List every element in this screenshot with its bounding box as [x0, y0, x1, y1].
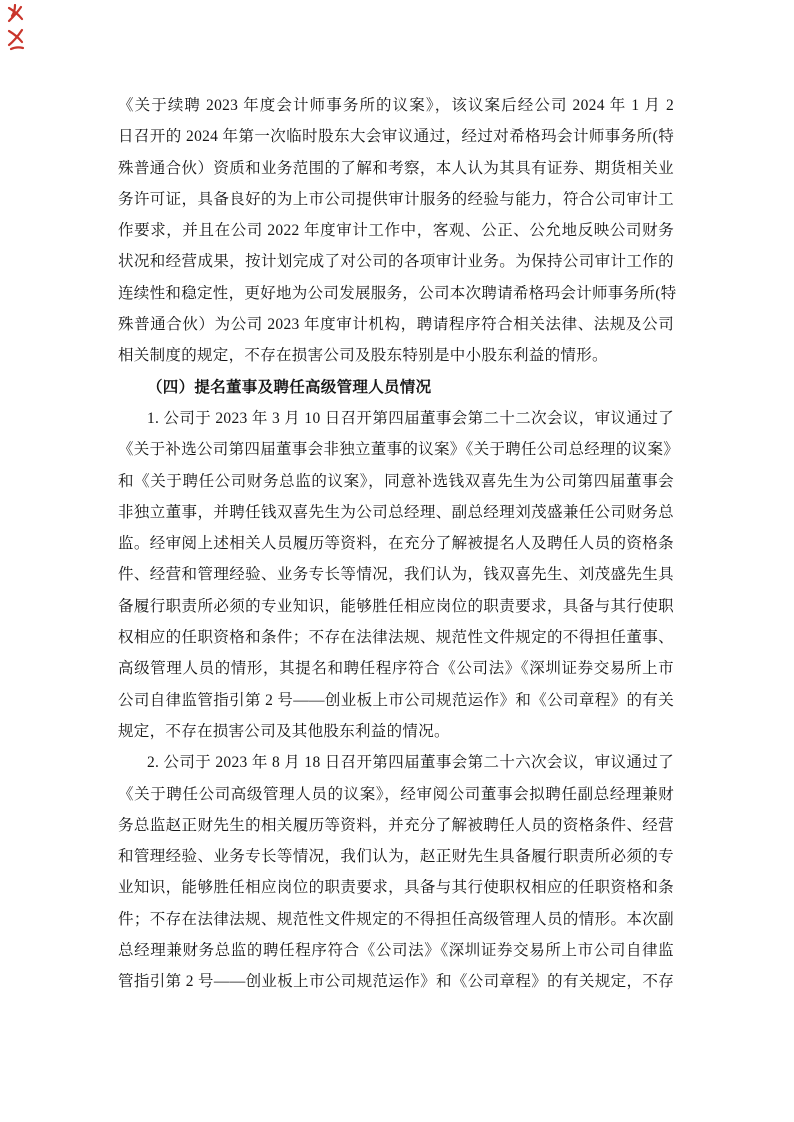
- document-body: 《关于续聘 2023 年度会计师事务所的议案》，该议案后经公司 2024 年 1…: [118, 90, 674, 998]
- section-heading: （四）提名董事及聘任高级管理人员情况: [118, 372, 674, 403]
- red-ink-marks-icon: [5, 4, 33, 52]
- text-line: 《关于续聘 2023 年度会计师事务所的议案》，该议案后经公司 2024 年 1…: [118, 90, 674, 121]
- paragraph: 2. 公司于 2023 年 8 月 18 日召开第四届董事会第二十六次会议，审议…: [118, 747, 674, 997]
- paragraph: 《关于续聘 2023 年度会计师事务所的议案》，该议案后经公司 2024 年 1…: [118, 90, 674, 372]
- text-line: 和管理经验、业务专长等情况，我们认为，赵正财先生具备履行职责所必须的专: [118, 841, 674, 872]
- text-line: 殊普通合伙）为公司 2023 年度审计机构，聘请程序符合相关法律、法规及公司: [118, 309, 674, 340]
- text-line: 规定，不存在损害公司及其他股东利益的情况。: [118, 716, 674, 747]
- text-line: 务总监赵正财先生的相关履历等资料，并充分了解被聘任人员的资格条件、经营: [118, 810, 674, 841]
- text-line: 《关于补选公司第四届董事会非独立董事的议案》《关于聘任公司总经理的议案》: [118, 434, 674, 465]
- text-line: 2. 公司于 2023 年 8 月 18 日召开第四届董事会第二十六次会议，审议…: [118, 747, 674, 778]
- text-line: 殊普通合伙）资质和业务范围的了解和考察，本人认为其具有证券、期货相关业: [118, 153, 674, 184]
- text-line: 《关于聘任公司高级管理人员的议案》，经审阅公司董事会拟聘任副总经理兼财: [118, 779, 674, 810]
- text-line: 日召开的 2024 年第一次临时股东大会审议通过，经过对希格玛会计师事务所(特: [118, 121, 674, 152]
- text-line: 非独立董事，并聘任钱双喜先生为公司总经理、副总经理刘茂盛兼任公司财务总: [118, 497, 674, 528]
- text-line: 和《关于聘任公司财务总监的议案》，同意补选钱双喜先生为公司第四届董事会: [118, 466, 674, 497]
- text-line: 1. 公司于 2023 年 3 月 10 日召开第四届董事会第二十二次会议，审议…: [118, 403, 674, 434]
- text-line: 作要求，并且在公司 2022 年度审计工作中，客观、公正、公允地反映公司财务: [118, 215, 674, 246]
- text-line: 总经理兼财务总监的聘任程序符合《公司法》《深圳证券交易所上市公司自律监: [118, 935, 674, 966]
- text-line: 高级管理人员的情形，其提名和聘任程序符合《公司法》《深圳证券交易所上市: [118, 653, 674, 684]
- document-page: 《关于续聘 2023 年度会计师事务所的议案》，该议案后经公司 2024 年 1…: [0, 0, 794, 1122]
- text-line: 相关制度的规定，不存在损害公司及股东特别是中小股东利益的情形。: [118, 340, 674, 371]
- text-line: 连续性和稳定性，更好地为公司发展服务，公司本次聘请希格玛会计师事务所(特: [118, 278, 674, 309]
- text-line: 公司自律监管指引第 2 号——创业板上市公司规范运作》和《公司章程》的有关: [118, 685, 674, 716]
- text-line: 务许可证，具备良好的为上市公司提供审计服务的经验与能力，符合公司审计工: [118, 184, 674, 215]
- text-line: 件；不存在法律法规、规范性文件规定的不得担任高级管理人员的情形。本次副: [118, 904, 674, 935]
- text-line: 监。经审阅上述相关人员履历等资料，在充分了解被提名人及聘任人员的资格条: [118, 528, 674, 559]
- text-line: 备履行职责所必须的专业知识，能够胜任相应岗位的职责要求，具备与其行使职: [118, 591, 674, 622]
- red-ink-strokes: [9, 5, 23, 49]
- paragraph: 1. 公司于 2023 年 3 月 10 日召开第四届董事会第二十二次会议，审议…: [118, 403, 674, 747]
- text-line: 权相应的任职资格和条件；不存在法律法规、规范性文件规定的不得担任董事、: [118, 622, 674, 653]
- text-line: 业知识，能够胜任相应岗位的职责要求，具备与其行使职权相应的任职资格和条: [118, 872, 674, 903]
- text-line: 状况和经营成果，按计划完成了对公司的各项审计业务。为保持公司审计工作的: [118, 246, 674, 277]
- text-line: 管指引第 2 号——创业板上市公司规范运作》和《公司章程》的有关规定，不存: [118, 966, 674, 997]
- text-line: 件、经营和管理经验、业务专长等情况，我们认为，钱双喜先生、刘茂盛先生具: [118, 559, 674, 590]
